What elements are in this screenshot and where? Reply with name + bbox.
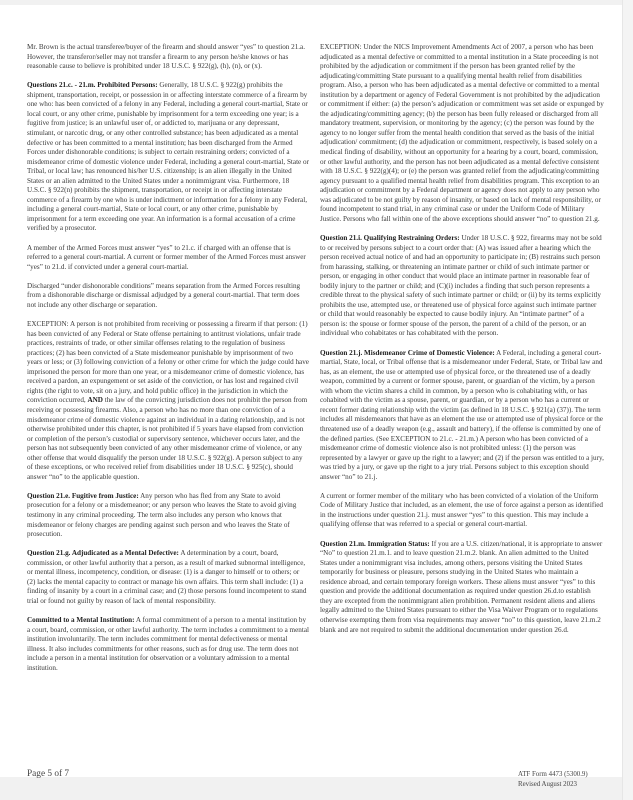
section-heading: Question 21.m. Immigration Status: — [320, 540, 430, 548]
section-body: A determination by a court, board, commi… — [27, 549, 306, 605]
right-column: EXCEPTION: Under the NICS Improvement Am… — [320, 43, 604, 645]
page-number: Page 5 of 7 — [27, 769, 69, 779]
section-heading: Questions 21.c. - 21.m. Prohibited Perso… — [27, 81, 158, 89]
section-body: Generally, 18 U.S.C. § 922(g) prohibits … — [27, 81, 309, 232]
exception-and-emphasis: AND — [87, 396, 102, 404]
exception-text-part1: EXCEPTION: A person is not prohibited fr… — [27, 320, 309, 404]
section-heading: Question 21.i. Qualifying Restraining Or… — [320, 234, 460, 242]
section-heading: Question 21.e. Fugitive from Justice: — [27, 492, 139, 500]
section-fugitive-from-justice: Question 21.e. Fugitive from Justice: An… — [27, 492, 309, 540]
paragraph-dishonorable-discharge: Discharged “under dishonorable condition… — [27, 282, 309, 311]
section-body: If you are a U.S. citizen/national, it i… — [320, 540, 602, 634]
section-body: Under 18 U.S.C. § 922, firearms may not … — [320, 234, 602, 337]
form-number: ATF Form 4473 (5300.9) — [518, 770, 588, 780]
left-column: Mr. Brown is the actual transferee/buyer… — [27, 43, 309, 683]
section-mental-institution: Committed to a Mental Institution: A for… — [27, 616, 309, 673]
section-body: A Federal, including a general court-mar… — [320, 349, 604, 481]
paragraph-mr-brown: Mr. Brown is the actual transferee/buyer… — [27, 43, 309, 72]
section-heading: Committed to a Mental Institution: — [27, 616, 135, 624]
exception-text-part2: the law of the convicting jurisdiction d… — [27, 396, 307, 480]
vertical-scrollbar[interactable] — [622, 0, 633, 800]
form-identifier: ATF Form 4473 (5300.9) Revised August 20… — [518, 770, 588, 789]
section-body: A formal commitment of a person to a men… — [27, 616, 309, 672]
section-nics-exception: EXCEPTION: Under the NICS Improvement Am… — [320, 43, 604, 224]
section-immigration-status: Question 21.m. Immigration Status: If yo… — [320, 540, 604, 635]
section-restraining-orders: Question 21.i. Qualifying Restraining Or… — [320, 234, 604, 339]
section-prohibited-persons: Questions 21.c. - 21.m. Prohibited Perso… — [27, 81, 309, 234]
section-exception: EXCEPTION: A person is not prohibited fr… — [27, 320, 309, 482]
document-page: Mr. Brown is the actual transferee/buyer… — [0, 5, 623, 777]
paragraph-military-ucmj: A current or former member of the milita… — [320, 492, 604, 530]
section-heading: Question 21.j. Misdemeanor Crime of Dome… — [320, 349, 495, 357]
paragraph-armed-forces: A member of the Armed Forces must answer… — [27, 244, 309, 273]
form-revision: Revised August 2023 — [518, 780, 588, 790]
section-heading: Question 21.g. Adjudicated as a Mental D… — [27, 549, 179, 557]
section-domestic-violence: Question 21.j. Misdemeanor Crime of Dome… — [320, 349, 604, 483]
section-mental-defective: Question 21.g. Adjudicated as a Mental D… — [27, 549, 309, 606]
